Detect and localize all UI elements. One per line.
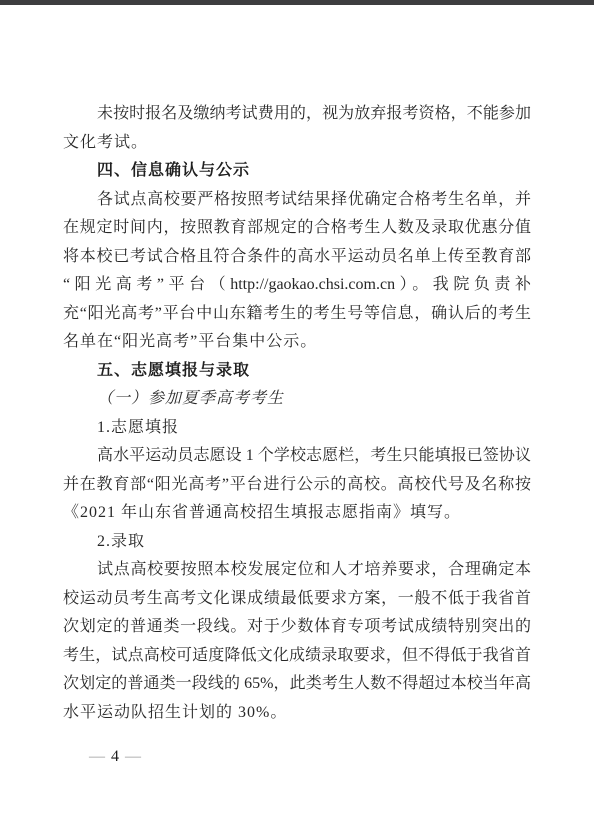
body-line: 文化考试。: [63, 129, 531, 158]
body-line: 《2021 年山东省普通高校招生填报志愿指南》填写。: [63, 499, 531, 528]
body-line-with-url: “阳光高考”平台（http://gaokao.chsi.com.cn）。我院负责…: [63, 271, 531, 300]
item-1-heading: 1.志愿填报: [63, 414, 531, 443]
body-line: 试点高校要按照本校发展定位和人才培养要求，合理确定本: [63, 556, 531, 585]
page-number-value: 4: [111, 748, 119, 765]
body-line: 名单在“阳光高考”平台集中公示。: [63, 328, 531, 357]
body-line: 并在教育部“阳光高考”平台进行公示的高校。高校代号及名称按: [63, 471, 531, 500]
body-line: 未按时报名及缴纳考试费用的，视为放弃报考资格，不能参加: [63, 100, 531, 129]
body-line: 各试点高校要严格按照考试结果择优确定合格考生名单，并: [63, 186, 531, 215]
body-line: 在规定时间内，按照教育部规定的合格考生人数及录取优惠分值: [63, 214, 531, 243]
section-4-heading: 四、信息确认与公示: [63, 157, 531, 186]
document-page: 未按时报名及缴纳考试费用的，视为放弃报考资格，不能参加 文化考试。 四、信息确认…: [63, 100, 531, 727]
body-line: 校运动员考生高考文化课成绩最低要求方案，一般不低于我省首: [63, 585, 531, 614]
body-line: 考生，试点高校可适度降低文化成绩录取要求，但不得低于我省首: [63, 642, 531, 671]
scan-top-edge: [0, 0, 594, 5]
body-line: 高水平运动员志愿设 1 个学校志愿栏，考生只能填报已签协议: [63, 442, 531, 471]
subsection-1-heading: （一）参加夏季高考考生: [63, 385, 531, 414]
page-number: —4—: [83, 747, 147, 767]
page-number-dash-right: —: [119, 748, 147, 765]
body-line: 次划定的普通类一段线。对于少数体育专项考试成绩特别突出的: [63, 613, 531, 642]
body-line: 次划定的普通类一段线的 65%，此类考生人数不得超过本校当年高: [63, 670, 531, 699]
body-line: 水平运动队招生计划的 30%。: [63, 699, 531, 728]
page-number-dash-left: —: [83, 748, 111, 765]
body-line: 充“阳光高考”平台中山东籍考生的考生号等信息，确认后的考生: [63, 300, 531, 329]
section-5-heading: 五、志愿填报与录取: [63, 357, 531, 386]
body-line: 将本校已考试合格且符合条件的高水平运动员名单上传至教育部: [63, 243, 531, 272]
item-2-heading: 2.录取: [63, 528, 531, 557]
